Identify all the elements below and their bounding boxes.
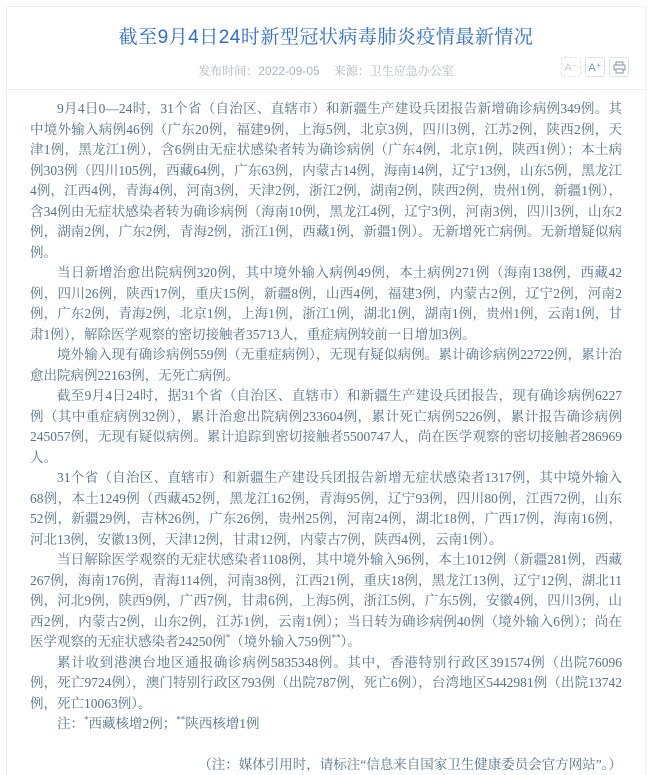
font-increase-button[interactable]: A⁺: [585, 57, 605, 77]
printer-icon: [613, 61, 626, 74]
article-paragraph: 31个省（自治区、直辖市）和新疆生产建设兵团报告新增无症状感染者1317例，其中…: [30, 468, 622, 550]
page-container: 截至9月4日24时新型冠状病毒肺炎疫情最新情况 发布时间：2022-09-05来…: [6, 6, 646, 775]
article-paragraph: 注：*西藏核增2例；**陕西核增1例: [30, 714, 622, 735]
publish-date: 2022-09-05: [258, 64, 319, 78]
source-name: 卫生应急办公室: [370, 64, 454, 78]
font-decrease-button[interactable]: A⁻: [561, 57, 581, 77]
footnote-marker: *: [226, 633, 231, 643]
article-paragraph: 截至9月4日24时，据31个省（自治区、直辖市）和新疆生产建设兵团报告，现有确诊…: [30, 386, 622, 468]
citation-note: （注：媒体引用时，请标注“信息来自国家卫生健康委员会官方网站”。）: [30, 755, 622, 775]
print-button[interactable]: [609, 57, 629, 77]
footnote-marker: **: [176, 715, 185, 725]
page-title: 截至9月4日24时新型冠状病毒肺炎疫情最新情况: [7, 22, 645, 49]
source-label: 来源：: [334, 64, 370, 78]
publish-time-label: 发布时间：: [198, 64, 258, 78]
article-paragraph: 当日新增治愈出院病例320例，其中境外输入病例49例，本土病例271例（海南13…: [30, 263, 622, 345]
article-paragraph: 累计收到港澳台地区通报确诊病例5835348例。其中，香港特别行政区391574…: [30, 653, 622, 715]
toolbar: A⁻ A⁺: [561, 57, 629, 77]
article-paragraph: 境外输入现有确诊病例559例（无重症病例），无现有疑似病例。累计确诊病例2272…: [30, 345, 622, 386]
footnote-marker: *: [84, 715, 89, 725]
article-meta: 发布时间：2022-09-05来源：卫生应急办公室 A⁻ A⁺: [7, 62, 645, 79]
footnote-marker: **: [332, 633, 341, 643]
article-paragraph: 9月4日0—24时，31个省（自治区、直辖市）和新疆生产建设兵团报告新增确诊病例…: [30, 99, 622, 263]
article-paragraph: 当日解除医学观察的无症状感染者1108例，其中境外输入96例，本土1012例（新…: [30, 550, 622, 653]
article-body: 9月4日0—24时，31个省（自治区、直辖市）和新疆生产建设兵团报告新增确诊病例…: [7, 90, 645, 775]
